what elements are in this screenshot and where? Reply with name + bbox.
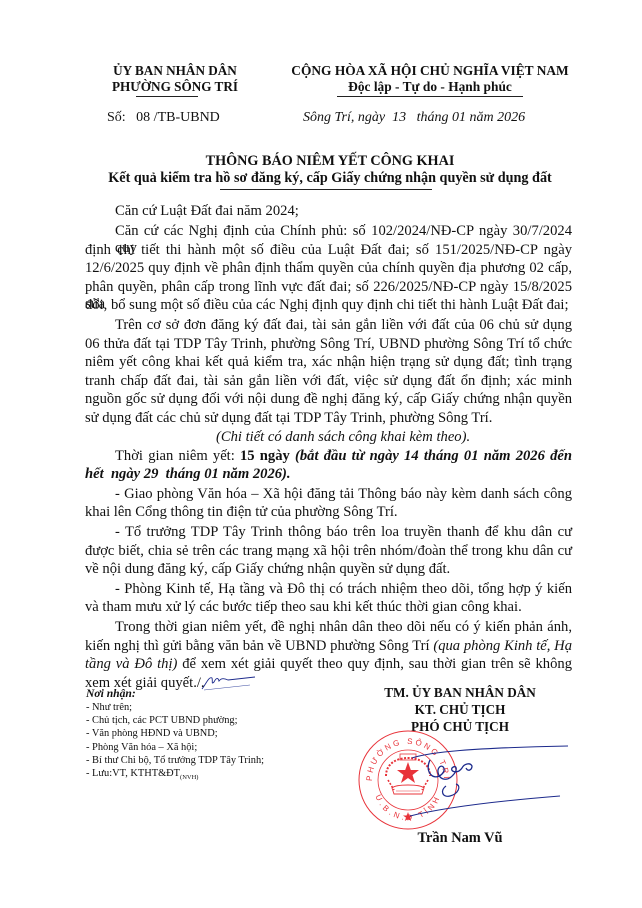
basis-paragraph-line: niêm yết công khai kết quả kiểm tra, xác…: [85, 354, 572, 371]
org-line-1: ỦY BAN NHÂN DÂN: [80, 63, 270, 79]
issuing-org: ỦY BAN NHÂN DÂN PHƯỜNG SÔNG TRÍ: [80, 63, 270, 95]
basis-paragraph-line: tranh chấp đất đai, tài sản gắn liền với…: [85, 373, 572, 390]
closing-line: tầng và Đô thị) để xem xét giải quyết th…: [85, 656, 572, 673]
subtitle-underline: [220, 189, 432, 190]
posting-end: hết ngày 29 tháng 01 năm 2026).: [85, 466, 572, 483]
posting-days: 15 ngày: [240, 448, 290, 464]
handwritten-signature-icon: [410, 740, 570, 820]
task-culture-dept-line: - Giao phòng Văn hóa – Xã hội đăng tải T…: [115, 486, 572, 503]
attachment-note: (Chi tiết có danh sách công khai kèm the…: [216, 429, 470, 446]
basis-paragraph-line: nguồn gốc sử dụng đối với nội dung đề ng…: [85, 391, 572, 408]
closing-text: kiến nghị thì gửi bằng văn bản về UBND p…: [85, 638, 433, 654]
recipient-item: - Phòng Văn hóa – Xã hội;: [86, 741, 346, 754]
basis-paragraph-line: Trên cơ sở đơn đăng ký đất đai, tài sản …: [115, 317, 572, 334]
motto-underline: [337, 96, 523, 97]
signer-name: Trần Nam Vũ: [340, 830, 580, 847]
org-line-2: PHƯỜNG SÔNG TRÍ: [80, 79, 270, 95]
recipient-item: - Như trên;: [86, 701, 346, 714]
closing-dept-ref: tầng và Đô thị): [85, 656, 177, 672]
closing-text: để xem xét giải quyết theo quy định, sau…: [177, 656, 572, 672]
national-header: CỘNG HÒA XÃ HỘI CHỦ NGHĨA VIỆT NAM Độc l…: [280, 63, 580, 95]
task-economic-dept-line: và tham mưu xử lý các bước tiếp theo sau…: [85, 599, 572, 616]
org-underline: [136, 96, 198, 97]
national-motto: Độc lập - Tự do - Hạnh phúc: [280, 79, 580, 95]
document-title: THÔNG BÁO NIÊM YẾT CÔNG KHAI: [80, 153, 580, 170]
document-number: Số: 08 /TB-UBND: [107, 110, 220, 126]
signature-line-2: KT. CHỦ TỊCH: [340, 701, 580, 718]
posting-period-line: Thời gian niêm yết: 15 ngày (bắt đầu từ …: [115, 448, 572, 465]
posting-label: Thời gian niêm yết:: [115, 448, 240, 464]
signature-line-1: TM. ỦY BAN NHÂN DÂN: [340, 684, 580, 701]
recipient-item-suffix: (NVH): [180, 774, 198, 781]
closing-dept-ref: (qua phòng Kinh tế, Hạ: [433, 638, 572, 654]
recipient-item: - Chủ tịch, các PCT UBND phường;: [86, 714, 346, 727]
task-tdp-head-line: - Tổ trưởng TDP Tây Trinh thông báo trên…: [115, 524, 572, 541]
legal-basis-decrees-line: định chi tiết thi hành một số điều của L…: [85, 242, 572, 259]
task-culture-dept-line: khai lên Cổng thông tin điện tử của phườ…: [85, 504, 572, 521]
recipient-item-text: - Lưu:VT, KTHT&ĐT: [86, 768, 180, 779]
task-economic-dept-line: - Phòng Kinh tế, Hạ tầng và Đô thị có tr…: [115, 581, 572, 598]
recipient-item: - Văn phòng HĐND và UBND;: [86, 727, 346, 740]
place-date: Sông Trí, ngày 13 tháng 01 năm 2026: [303, 110, 525, 126]
basis-paragraph-line: 06 thửa đất tại TDP Tây Trinh, phường Sô…: [85, 336, 572, 353]
closing-line: Trong thời gian niêm yết, đề nghị nhân d…: [115, 619, 572, 636]
legal-basis-decrees-line: 12/6/2025 quy định về phân định thẩm quy…: [85, 260, 572, 277]
basis-paragraph-line: sử dụng đất các chủ sử dụng đất tại TDP …: [85, 410, 572, 427]
legal-basis-law: Căn cứ Luật Đất đai năm 2024;: [115, 203, 299, 220]
nation-name: CỘNG HÒA XÃ HỘI CHỦ NGHĨA VIỆT NAM: [280, 63, 580, 79]
task-tdp-head-line: được biết, chia sẻ trên các trang mạng x…: [85, 543, 572, 560]
recipient-item: - Bí thư Chi bộ, Tổ trưởng TDP Tây Trinh…: [86, 754, 346, 767]
legal-basis-decrees-line: đổi, bổ sung một số điều của các Nghị đị…: [85, 297, 572, 314]
document-subtitle: Kết quả kiểm tra hồ sơ đăng ký, cấp Giấy…: [80, 170, 580, 187]
recipients-block: Nơi nhận: - Như trên; - Chủ tịch, các PC…: [86, 687, 346, 784]
recipients-heading: Nơi nhận:: [86, 687, 346, 701]
recipient-item: - Lưu:VT, KTHT&ĐT(NVH): [86, 767, 346, 784]
closing-line: kiến nghị thì gửi bằng văn bản về UBND p…: [85, 638, 572, 655]
task-tdp-head-line: về nội dung đăng ký, cấp Giấy chứng nhận…: [85, 561, 572, 578]
posting-start: (bắt đầu từ ngày 14 tháng 01 năm 2026 đế…: [290, 448, 572, 464]
